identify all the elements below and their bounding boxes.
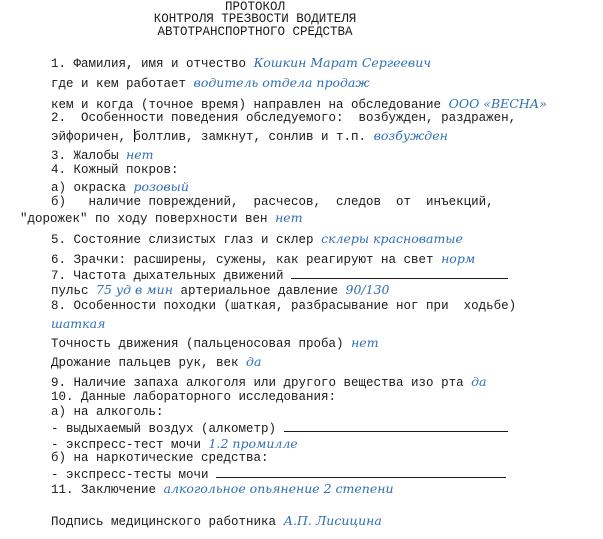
label: а) окраска [51,181,126,195]
field-gait-value: шаткая [51,316,105,333]
value[interactable]: склеры красноватые [321,231,463,246]
value[interactable]: нет [126,147,153,162]
value[interactable]: ООО «ВЕСНА» [449,96,547,111]
header-subtitle-2: АВТОТРАНСПОРТНОГО СРЕДСТВА [0,25,510,39]
field-conclusion: 11. Заключение алкогольное опьянение 2 с… [51,481,394,498]
value[interactable]: да [246,354,261,369]
drug-blank[interactable] [216,465,506,478]
field-lab-label: 10. Данные лабораторного исследования: [51,389,336,405]
signature-value[interactable]: А.П. Лисицина [284,513,382,528]
label: где и кем работает [51,77,186,91]
label: 3. Жалобы [51,149,119,163]
field-mucosa: 5. Состояние слизистых глаз и склер скле… [51,231,463,248]
label: 1. Фамилия, имя и отчество [51,57,246,71]
label: болтлив, замкнут, сонлив и т.п. [134,130,367,144]
label: артериальное давление [180,284,338,298]
label: 7. Частота дыхательных движений [51,269,284,283]
field-injuries: "дорожек" по ходу поверхности вен нет [20,210,303,227]
respiration-blank[interactable] [291,266,508,279]
breath-blank[interactable] [284,419,508,432]
value[interactable]: Кошкин Марат Сергеевич [254,55,431,70]
label: 6. Зрачки: расширены, сужены, как реагир… [51,253,434,267]
bp-value[interactable]: 90/130 [346,282,390,297]
field-full-name: 1. Фамилия, имя и отчество Кошкин Марат … [51,55,431,72]
label: Точность движения (пальценосовая проба) [51,337,344,351]
field-pulse-pressure: пульс 75 уд в мин артериальное давление … [51,282,390,299]
pulse-value[interactable]: 75 уд в мин [96,282,173,297]
field-tremor: Дрожание пальцев рук, век да [51,354,261,371]
label: эйфоричен, [51,130,134,144]
label: - экспресс-тесты мочи [51,468,209,482]
field-gait-label: 8. Особенности походки (шаткая, разбрасы… [51,298,516,314]
label: 5. Состояние слизистых глаз и склер [51,233,314,247]
label: 9. Наличие запаха алкоголя или другого в… [51,376,464,390]
value[interactable]: да [471,374,486,389]
header-subtitle-1: КОНТРОЛЯ ТРЕЗВОСТИ ВОДИТЕЛЯ [0,12,510,26]
label: пульс [51,284,89,298]
label: Дрожание пальцев рук, век [51,356,239,370]
value[interactable]: нет [275,210,302,225]
field-injuries-label: б) наличие повреждений, расчесов, следов… [51,194,494,210]
field-drugs-label: б) на наркотические средства: [51,450,269,466]
label: Подпись медицинского работника [51,515,276,529]
field-behavior-label: 2. Особенности поведения обследуемого: в… [51,110,516,126]
field-signature: Подпись медицинского работника А.П. Лиси… [51,513,382,530]
value[interactable]: розовый [134,179,189,194]
value[interactable]: возбужден [374,128,448,143]
field-skin-label: 4. Кожный покров: [51,162,179,178]
label: - выдыхаемый воздух (алкометр) [51,422,276,436]
field-behavior: эйфоричен, болтлив, замкнут, сонлив и т.… [51,128,448,145]
value[interactable]: шаткая [51,316,105,331]
field-breath-test: - выдыхаемый воздух (алкометр) [51,419,508,437]
field-coordination: Точность движения (пальценосовая проба) … [51,335,379,352]
field-alcohol-label: а) на алкоголь: [51,404,164,420]
label: "дорожек" по ходу поверхности вен [20,212,268,226]
value[interactable]: алкогольное опьянение 2 степени [164,481,394,496]
value[interactable]: 1.2 промилле [209,436,298,451]
value[interactable]: норм [441,251,475,266]
field-workplace: где и кем работает водитель отдела прода… [51,75,370,92]
value[interactable]: нет [351,335,378,350]
value[interactable]: водитель отдела продаж [194,75,370,90]
label: 11. Заключение [51,483,156,497]
